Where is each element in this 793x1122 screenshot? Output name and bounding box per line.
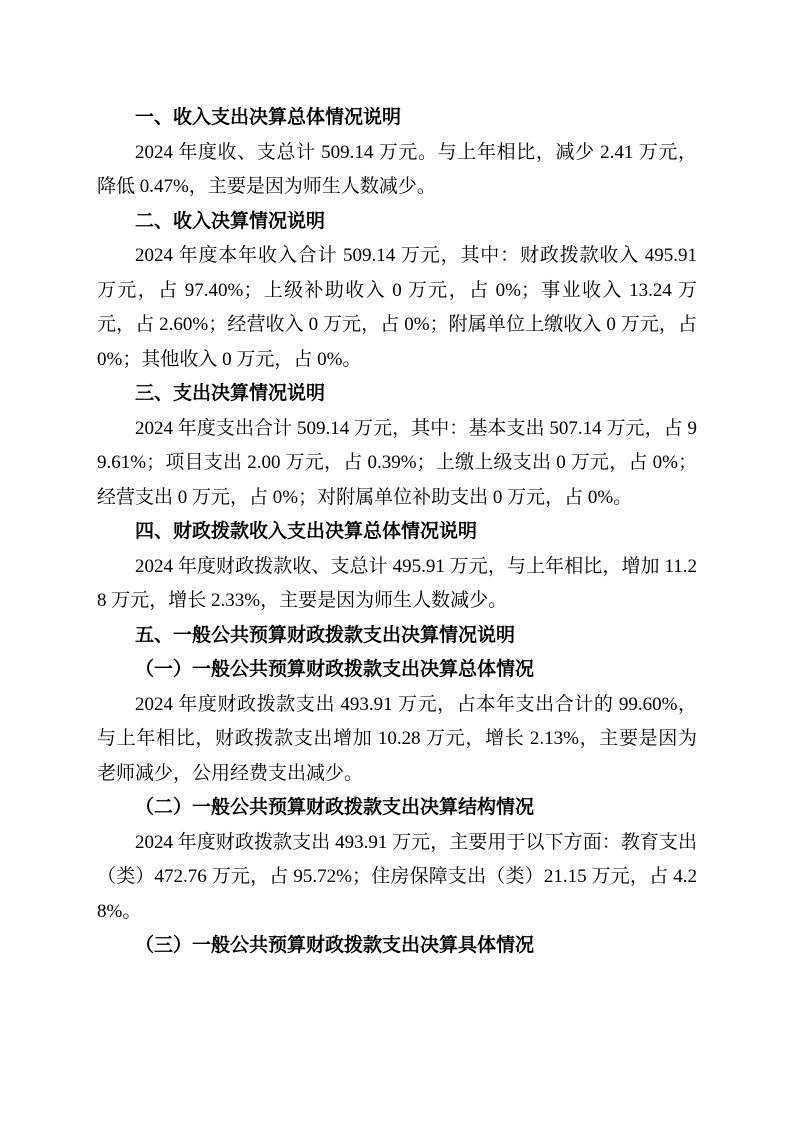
section-heading-income-final: 二、收入决算情况说明 [97, 205, 697, 240]
paragraph-budget-structure: 2024 年度财政拨款支出 493.91 万元，主要用于以下方面：教育支出（类）… [97, 826, 697, 930]
paragraph-income-final: 2024 年度本年收入合计 509.14 万元，其中：财政拨款收入 495.91… [97, 239, 697, 377]
section-heading-fiscal-appropriation-overall: 四、财政拨款收入支出决算总体情况说明 [97, 515, 697, 550]
section-heading-general-public-budget: 五、一般公共预算财政拨款支出决算情况说明 [97, 619, 697, 654]
subsection-heading-budget-specific: （三）一般公共预算财政拨款支出决算具体情况 [97, 929, 697, 964]
paragraph-fiscal-appropriation-overall: 2024 年度财政拨款收、支总计 495.91 万元，与上年相比，增加 11.2… [97, 550, 697, 619]
subsection-heading-budget-structure: （二）一般公共预算财政拨款支出决算结构情况 [97, 791, 697, 826]
paragraph-budget-overall: 2024 年度财政拨款支出 493.91 万元，占本年支出合计的 99.60%，… [97, 688, 697, 792]
section-heading-income-expense-overall: 一、收入支出决算总体情况说明 [97, 101, 697, 136]
subsection-heading-budget-overall: （一）一般公共预算财政拨款支出决算总体情况 [97, 653, 697, 688]
paragraph-expense-final: 2024 年度支出合计 509.14 万元，其中：基本支出 507.14 万元，… [97, 412, 697, 516]
paragraph-income-expense-overall: 2024 年度收、支总计 509.14 万元。与上年相比，减少 2.41 万元，… [97, 136, 697, 205]
document-content: 一、收入支出决算总体情况说明 2024 年度收、支总计 509.14 万元。与上… [97, 101, 697, 964]
document-page: 一、收入支出决算总体情况说明 2024 年度收、支总计 509.14 万元。与上… [0, 0, 793, 1122]
section-heading-expense-final: 三、支出决算情况说明 [97, 377, 697, 412]
